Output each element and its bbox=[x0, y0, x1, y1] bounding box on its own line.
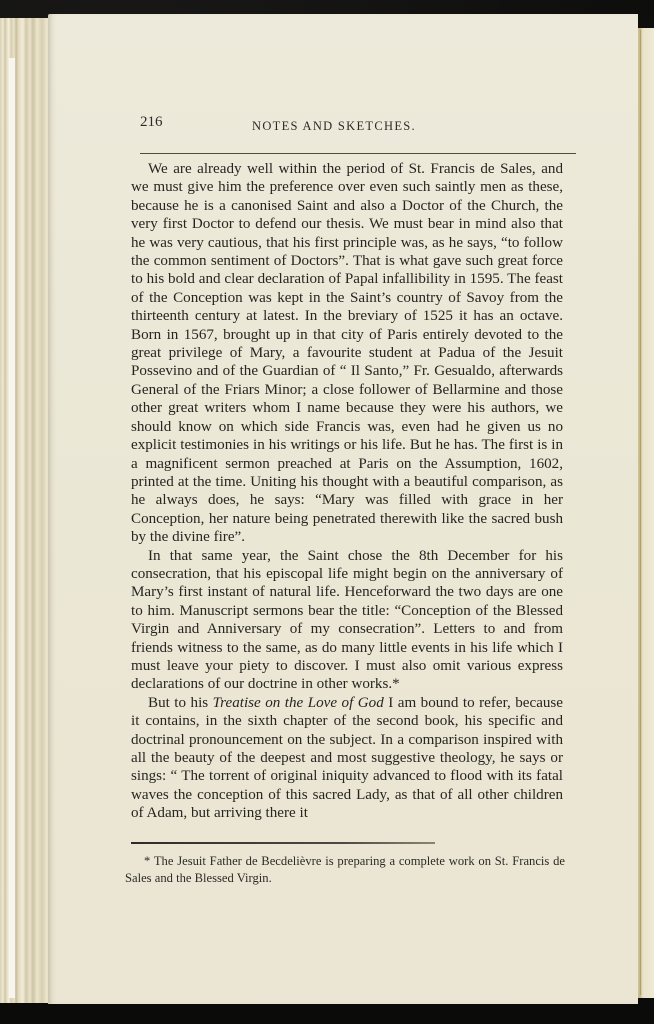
page-edge-highlight bbox=[9, 58, 15, 998]
footnote: * The Jesuit Father de Becdelièvre is pr… bbox=[125, 853, 565, 886]
running-head-title: NOTES AND SKETCHES. bbox=[252, 119, 416, 134]
footnote-rule bbox=[131, 842, 435, 844]
paragraph-2: In that same year, the Saint chose the 8… bbox=[131, 547, 563, 694]
body-text: We are already well within the period of… bbox=[131, 160, 563, 823]
paragraph-3: But to his Treatise on the Love of God I… bbox=[131, 694, 563, 823]
book-title-italic: Treatise on the Love of God bbox=[213, 695, 384, 711]
gutter-fold-line bbox=[640, 30, 641, 995]
footnote-text: * The Jesuit Father de Becdelièvre is pr… bbox=[125, 853, 565, 886]
header-rule bbox=[140, 153, 576, 154]
running-head: 216 NOTES AND SKETCHES. bbox=[140, 108, 580, 132]
paragraph-3-lead: But to his bbox=[148, 695, 213, 711]
paragraph-3-rest: I am bound to refer, because it contains… bbox=[131, 695, 563, 821]
paragraph-1: We are already well within the period of… bbox=[131, 160, 563, 547]
page-number: 216 bbox=[140, 114, 163, 131]
